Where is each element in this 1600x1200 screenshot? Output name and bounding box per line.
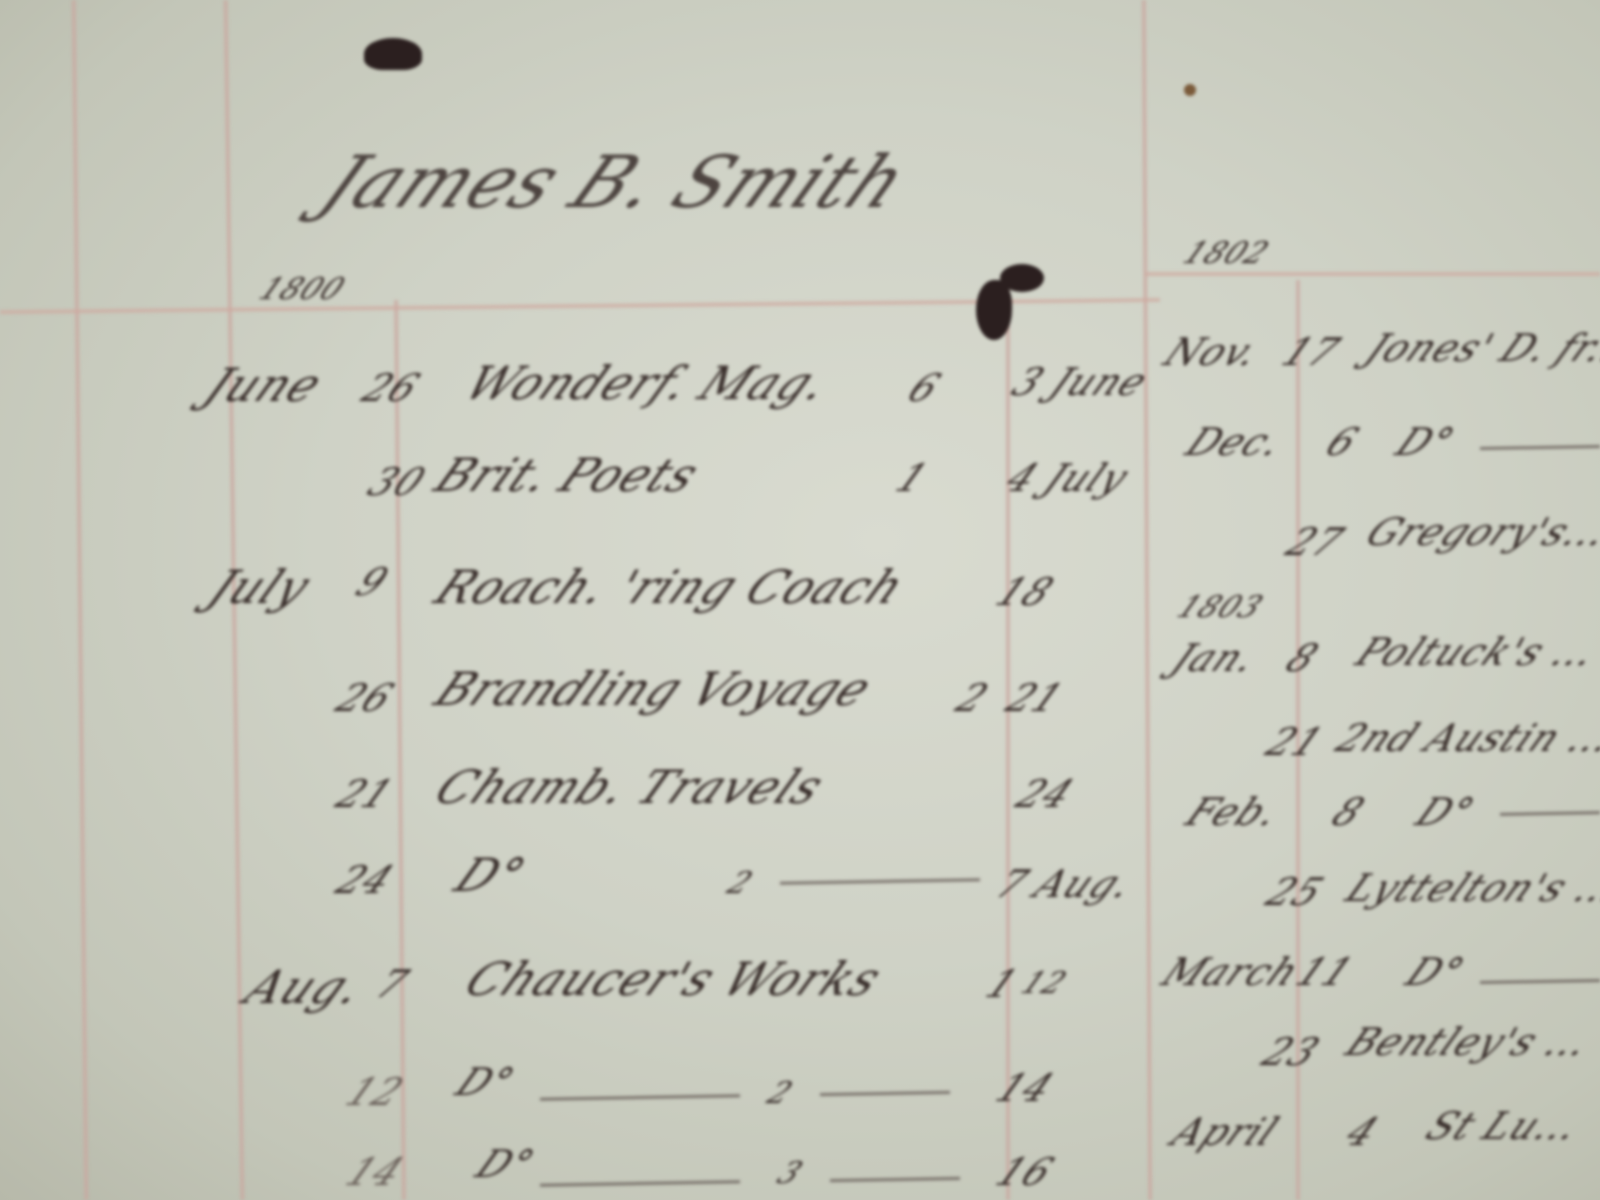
ditto-line xyxy=(1500,811,1600,816)
entry-vol: 2 xyxy=(761,1076,800,1111)
entry-item: St Lu... xyxy=(1418,1104,1589,1148)
entry-return: 16 xyxy=(988,1150,1062,1194)
entry-month: April xyxy=(1164,1110,1287,1154)
entry-item: D° xyxy=(448,1060,523,1104)
entry-month: March xyxy=(1154,950,1308,994)
ink-speck xyxy=(1184,84,1196,96)
entry-day: 9 xyxy=(348,560,397,604)
right-year: 1802 xyxy=(1177,236,1276,271)
entry-vol: 3 xyxy=(771,1156,810,1191)
entry-item: Wonderf. Mag. xyxy=(456,356,841,410)
entry-item: Lyttelton's ... xyxy=(1338,866,1600,910)
entry-month: Aug. xyxy=(236,960,376,1014)
entry-day: 26 xyxy=(328,676,402,720)
ruling-margin xyxy=(72,0,89,1200)
ink-blot xyxy=(364,38,422,70)
entry-vol: 2 xyxy=(721,866,760,901)
entry-day: 27 xyxy=(1278,520,1352,564)
ruling-header-line-right xyxy=(1145,272,1600,276)
ditto-line xyxy=(820,1091,950,1096)
entry-day: 24 xyxy=(328,858,402,902)
entry-item: Brit. Poets xyxy=(426,448,710,502)
entry-return: 18 xyxy=(988,570,1062,614)
entry-day: 7 xyxy=(368,962,417,1006)
entry-day: 8 xyxy=(1278,636,1327,680)
entry-item: Chaucer's Works xyxy=(456,952,893,1006)
ditto-line xyxy=(540,1094,740,1100)
entry-item: Roach. 'ring Coach xyxy=(426,560,916,614)
right-year-change: 1803 xyxy=(1171,590,1270,625)
entry-day: 26 xyxy=(354,366,428,410)
entry-item: D° xyxy=(1388,420,1463,464)
ruling-page-divider xyxy=(1142,0,1152,1200)
entry-item: D° xyxy=(1398,950,1473,994)
ditto-line xyxy=(830,1177,960,1182)
entry-vol: 2 xyxy=(948,676,997,720)
entry-return: 14 xyxy=(988,1066,1062,1110)
entry-item: D° xyxy=(446,848,537,902)
account-name: James B. Smith xyxy=(308,140,924,224)
entry-item: Brandling Voyage xyxy=(426,662,883,716)
entry-day: 17 xyxy=(1274,330,1348,374)
entry-item: Jones' D. fr... xyxy=(1358,326,1600,370)
ledger-page: James B. Smith 1800 1802 June 26 Wonderf… xyxy=(0,0,1600,1200)
entry-vol: 6 xyxy=(900,366,949,410)
entry-day: 8 xyxy=(1324,790,1373,834)
entry-day: 25 xyxy=(1258,870,1332,914)
entry-day: 30 xyxy=(360,460,434,504)
ink-blot xyxy=(1000,264,1044,292)
entry-month: Feb. xyxy=(1178,790,1289,834)
entry-day: 21 xyxy=(328,772,402,816)
entry-item: Chamb. Travels xyxy=(426,760,835,814)
ruling-day-column xyxy=(394,300,406,1200)
entry-day: 23 xyxy=(1254,1030,1328,1074)
ditto-line xyxy=(1480,445,1600,450)
entry-month: Nov. xyxy=(1156,330,1269,374)
entry-return: 3 June xyxy=(1004,360,1156,404)
entry-month: Dec. xyxy=(1178,420,1292,464)
left-year: 1800 xyxy=(253,272,352,307)
entry-month: July xyxy=(200,560,321,614)
ditto-line xyxy=(780,878,980,884)
entry-day: 6 xyxy=(1318,420,1367,464)
entry-return: 12 xyxy=(1015,966,1074,1001)
entry-month: June xyxy=(196,358,334,412)
entry-day: 4 xyxy=(1338,1110,1387,1154)
ditto-line xyxy=(540,1180,740,1186)
entry-item: D° xyxy=(1408,790,1483,834)
entry-return: 24 xyxy=(1008,772,1082,816)
entry-item: D° xyxy=(468,1142,543,1186)
entry-return: 4 July xyxy=(998,456,1137,500)
entry-item: 2nd Austin ... xyxy=(1328,716,1600,760)
entry-return: 7 Aug. xyxy=(988,862,1142,906)
entry-item: Gregory's... xyxy=(1358,510,1600,554)
ruling-amount-column xyxy=(1006,290,1010,1200)
entry-day: 21 xyxy=(1258,720,1332,764)
entry-month: Jan. xyxy=(1164,636,1266,680)
entry-vol: 1 xyxy=(888,456,937,500)
entry-item: Poltuck's ... xyxy=(1348,630,1600,674)
entry-item: Bentley's ... xyxy=(1338,1020,1599,1064)
ditto-line xyxy=(1480,979,1600,984)
ink-blot xyxy=(976,280,1012,340)
